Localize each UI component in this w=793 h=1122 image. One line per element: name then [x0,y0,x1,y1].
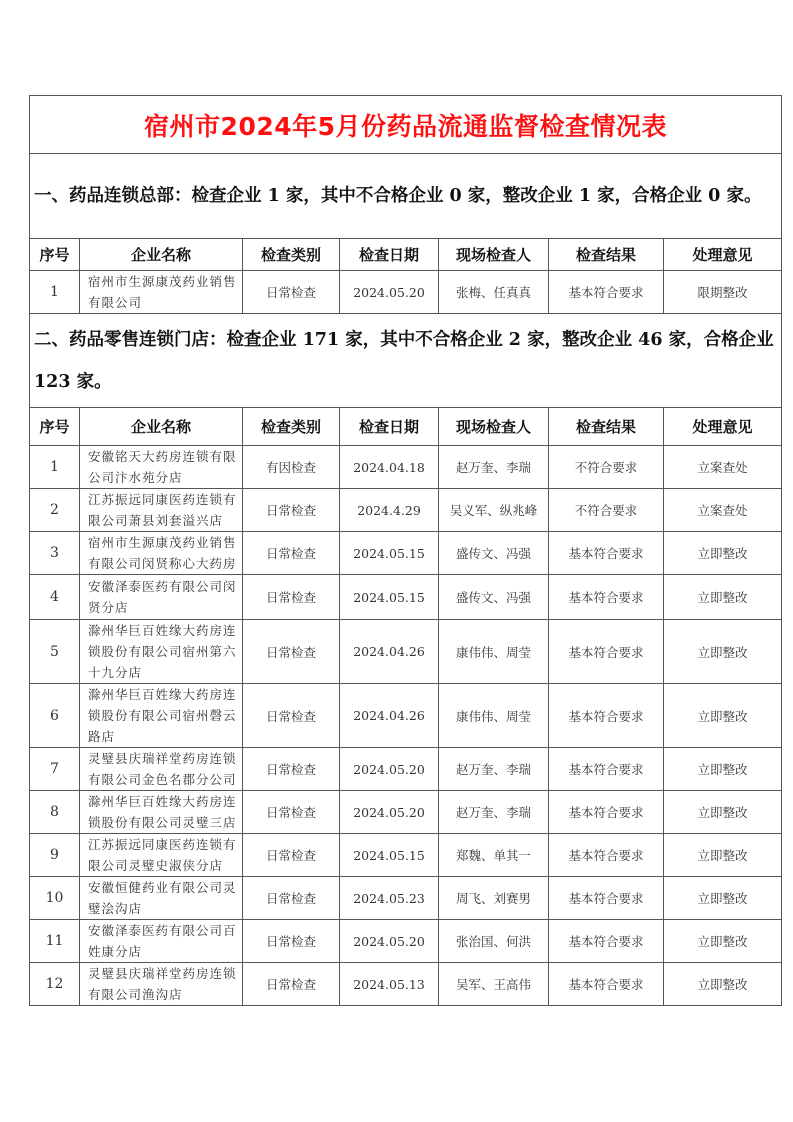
cell-no: 8 [30,791,80,834]
cell-no: 6 [30,684,80,748]
table-row: 7 灵璧县庆瑞祥堂药房连锁有限公司金色名郡分公司 日常检查 2024.05.20… [30,748,782,791]
cell-type: 日常检查 [243,271,340,314]
cell-result: 基本符合要求 [549,748,664,791]
cell-type: 日常检查 [243,532,340,575]
cell-result: 基本符合要求 [549,532,664,575]
cell-action: 立即整改 [664,532,782,575]
cell-inspectors: 盛传文、冯强 [439,532,549,575]
col-header-inspectors: 现场检查人 [439,239,549,271]
col-header-type: 检查类别 [243,239,340,271]
cell-action: 立即整改 [664,620,782,684]
cell-type: 日常检查 [243,748,340,791]
cell-date: 2024.05.20 [340,748,439,791]
cell-type: 日常检查 [243,489,340,532]
cell-action: 立案查处 [664,489,782,532]
cell-result: 基本符合要求 [549,877,664,920]
cell-date: 2024.04.18 [340,446,439,489]
cell-no: 1 [30,446,80,489]
cell-inspectors: 康伟伟、周莹 [439,684,549,748]
cell-type: 日常检查 [243,834,340,877]
cell-name: 安徽铭天大药房连锁有限公司汴水苑分店 [80,446,243,489]
table-row: 2 江苏振远同康医药连锁有限公司萧县刘套溢兴店 日常检查 2024.4.29 吴… [30,489,782,532]
cell-name: 宿州市生源康茂药业销售有限公司 [80,271,243,314]
table-row: 8 滁州华巨百姓缘大药房连锁股份有限公司灵璧三店 日常检查 2024.05.20… [30,791,782,834]
cell-action: 立即整改 [664,877,782,920]
cell-name: 安徽恒健药业有限公司灵璧浍沟店 [80,877,243,920]
cell-no: 12 [30,963,80,1006]
cell-no: 7 [30,748,80,791]
cell-inspectors: 郑魏、单其一 [439,834,549,877]
cell-result: 基本符合要求 [549,620,664,684]
cell-action: 限期整改 [664,271,782,314]
cell-type: 日常检查 [243,684,340,748]
table-row: 5 滁州华巨百姓缘大药房连锁股份有限公司宿州第六十九分店 日常检查 2024.0… [30,620,782,684]
col-header-date: 检查日期 [340,239,439,271]
cell-no: 5 [30,620,80,684]
cell-action: 立即整改 [664,791,782,834]
cell-action: 立即整改 [664,748,782,791]
cell-inspectors: 吴义军、纵兆峰 [439,489,549,532]
cell-name: 滁州华巨百姓缘大药房连锁股份有限公司宿州磬云路店 [80,684,243,748]
cell-name: 宿州市生源康茂药业销售有限公司闵贤称心大药房 [80,532,243,575]
table-row: 1 宿州市生源康茂药业销售有限公司 日常检查 2024.05.20 张梅、任真真… [30,271,782,314]
cell-date: 2024.05.15 [340,532,439,575]
col-header-result: 检查结果 [549,408,664,446]
col-header-name: 企业名称 [80,239,243,271]
cell-result: 基本符合要求 [549,575,664,620]
section2-header-row: 序号 企业名称 检查类别 检查日期 现场检查人 检查结果 处理意见 [30,408,782,446]
cell-inspectors: 盛传文、冯强 [439,575,549,620]
cell-name: 滁州华巨百姓缘大药房连锁股份有限公司宿州第六十九分店 [80,620,243,684]
cell-date: 2024.04.26 [340,684,439,748]
section1-summary: 一、药品连锁总部：检查企业 1 家，其中不合格企业 0 家，整改企业 1 家，合… [30,154,782,239]
col-header-no: 序号 [30,408,80,446]
col-header-inspectors: 现场检查人 [439,408,549,446]
cell-result: 不符合要求 [549,489,664,532]
cell-name: 安徽泽泰医药有限公司闵贤分店 [80,575,243,620]
cell-type: 日常检查 [243,963,340,1006]
cell-type: 日常检查 [243,920,340,963]
cell-result: 基本符合要求 [549,963,664,1006]
cell-type: 日常检查 [243,620,340,684]
inspection-table: 宿州市2024年5月份药品流通监督检查情况表 一、药品连锁总部：检查企业 1 家… [29,95,782,1006]
col-header-date: 检查日期 [340,408,439,446]
cell-date: 2024.04.26 [340,620,439,684]
cell-name: 江苏振远同康医药连锁有限公司萧县刘套溢兴店 [80,489,243,532]
cell-inspectors: 赵万奎、李瑞 [439,791,549,834]
cell-type: 日常检查 [243,877,340,920]
section2-summary: 二、药品零售连锁门店：检查企业 171 家，其中不合格企业 2 家，整改企业 4… [30,314,782,408]
cell-date: 2024.05.20 [340,920,439,963]
col-header-name: 企业名称 [80,408,243,446]
table-row: 11 安徽泽泰医药有限公司百姓康分店 日常检查 2024.05.20 张治国、何… [30,920,782,963]
cell-no: 1 [30,271,80,314]
cell-date: 2024.05.20 [340,271,439,314]
col-header-action: 处理意见 [664,239,782,271]
cell-action: 立案查处 [664,446,782,489]
cell-type: 日常检查 [243,575,340,620]
cell-name: 江苏振远同康医药连锁有限公司灵璧史淑侠分店 [80,834,243,877]
cell-inspectors: 吴军、王高伟 [439,963,549,1006]
col-header-no: 序号 [30,239,80,271]
cell-date: 2024.05.15 [340,575,439,620]
cell-inspectors: 周飞、刘赛男 [439,877,549,920]
cell-date: 2024.05.15 [340,834,439,877]
col-header-action: 处理意见 [664,408,782,446]
cell-type: 有因检查 [243,446,340,489]
cell-no: 3 [30,532,80,575]
cell-date: 2024.4.29 [340,489,439,532]
cell-no: 2 [30,489,80,532]
cell-action: 立即整改 [664,834,782,877]
cell-no: 11 [30,920,80,963]
cell-inspectors: 赵万奎、李瑞 [439,748,549,791]
cell-name: 灵璧县庆瑞祥堂药房连锁有限公司金色名郡分公司 [80,748,243,791]
cell-inspectors: 张梅、任真真 [439,271,549,314]
cell-result: 不符合要求 [549,446,664,489]
cell-action: 立即整改 [664,684,782,748]
cell-name: 安徽泽泰医药有限公司百姓康分店 [80,920,243,963]
cell-inspectors: 赵万奎、李瑞 [439,446,549,489]
page-title: 宿州市2024年5月份药品流通监督检查情况表 [30,96,782,154]
table-row: 1 安徽铭天大药房连锁有限公司汴水苑分店 有因检查 2024.04.18 赵万奎… [30,446,782,489]
cell-action: 立即整改 [664,575,782,620]
table-row: 4 安徽泽泰医药有限公司闵贤分店 日常检查 2024.05.15 盛传文、冯强 … [30,575,782,620]
cell-inspectors: 张治国、何洪 [439,920,549,963]
cell-name: 灵璧县庆瑞祥堂药房连锁有限公司渔沟店 [80,963,243,1006]
cell-type: 日常检查 [243,791,340,834]
table-row: 3 宿州市生源康茂药业销售有限公司闵贤称心大药房 日常检查 2024.05.15… [30,532,782,575]
cell-no: 9 [30,834,80,877]
cell-result: 基本符合要求 [549,920,664,963]
cell-date: 2024.05.13 [340,963,439,1006]
cell-result: 基本符合要求 [549,684,664,748]
cell-date: 2024.05.23 [340,877,439,920]
cell-inspectors: 康伟伟、周莹 [439,620,549,684]
table-row: 9 江苏振远同康医药连锁有限公司灵璧史淑侠分店 日常检查 2024.05.15 … [30,834,782,877]
col-header-type: 检查类别 [243,408,340,446]
col-header-result: 检查结果 [549,239,664,271]
cell-date: 2024.05.20 [340,791,439,834]
cell-action: 立即整改 [664,920,782,963]
cell-result: 基本符合要求 [549,271,664,314]
section1-header-row: 序号 企业名称 检查类别 检查日期 现场检查人 检查结果 处理意见 [30,239,782,271]
cell-no: 4 [30,575,80,620]
table-row: 12 灵璧县庆瑞祥堂药房连锁有限公司渔沟店 日常检查 2024.05.13 吴军… [30,963,782,1006]
cell-action: 立即整改 [664,963,782,1006]
table-row: 6 滁州华巨百姓缘大药房连锁股份有限公司宿州磬云路店 日常检查 2024.04.… [30,684,782,748]
cell-name: 滁州华巨百姓缘大药房连锁股份有限公司灵璧三店 [80,791,243,834]
cell-result: 基本符合要求 [549,834,664,877]
table-row: 10 安徽恒健药业有限公司灵璧浍沟店 日常检查 2024.05.23 周飞、刘赛… [30,877,782,920]
cell-no: 10 [30,877,80,920]
cell-result: 基本符合要求 [549,791,664,834]
